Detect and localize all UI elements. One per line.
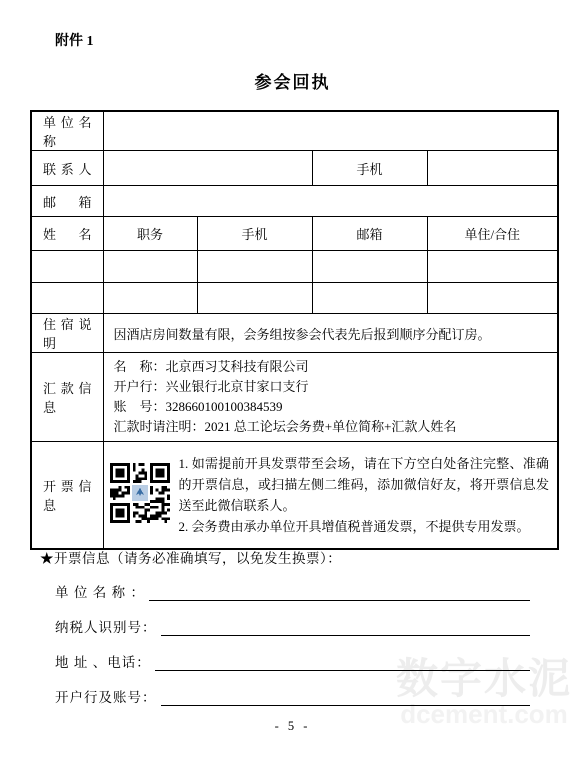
field-taxpayer-id-label: 纳税人识别号： [55,616,157,636]
col-header-room-type: 单住/合住 [427,217,558,251]
field-address-phone-label: 地 址 、电话： [55,651,151,671]
remittance-label: 汇款信息 [31,353,103,442]
invoice-note-2: 2. 会务费由承办单位开具增值税普通发票，不提供专用发票。 [179,516,550,537]
field-company-name-blank-line [149,577,530,601]
blank-cell [197,251,312,283]
wechat-qr-code-icon [110,463,170,527]
blank-cell [103,251,197,283]
attendee-blank-row [31,251,558,283]
field-taxpayer-id-blank-line [161,612,531,636]
field-address-phone: 地 址 、电话： [55,647,530,671]
document-page: 附件 1 参会回执 单位名称 联系人 手机 邮箱 姓名 职务 手机 邮箱 单住/… [0,0,585,765]
qr-center-logo [131,484,148,501]
unit-name-label: 单位名称 [31,111,103,151]
remittance-memo-note: 汇款时请注明：2021 总工论坛会务费+单位简称+汇款人姓名 [114,417,548,437]
field-taxpayer-id: 纳税人识别号： [55,612,530,636]
row-invoice-info: 开票信息 [31,442,558,549]
row-attendee-headers: 姓名 职务 手机 邮箱 单住/合住 [31,217,558,251]
field-bank-account-label: 开户行及账号： [55,686,157,706]
col-header-position: 职务 [103,217,197,251]
page-number: - 5 - [0,719,585,734]
reply-form-table: 单位名称 联系人 手机 邮箱 姓名 职务 手机 邮箱 单住/合住 住宿说明 [30,110,559,550]
invoice-note-1: 1. 如需提前开具发票带至会场，请在下方空白处备注完整、准确的开票信息，或扫描左… [179,453,550,516]
blank-cell [427,283,558,314]
col-header-mobile: 手机 [197,217,312,251]
page-title: 参会回执 [0,68,585,93]
email-label: 邮箱 [31,186,103,217]
remittance-account-number: 账 号：328660100100384539 [114,397,548,417]
col-header-email: 邮箱 [312,217,427,251]
email-blank-cell [103,186,558,217]
blank-cell [312,251,427,283]
attendee-blank-row [31,283,558,314]
attachment-label: 附件 1 [55,30,94,50]
blank-cell [197,283,312,314]
invoice-fill-fields: 单 位 名 称 ： 纳税人识别号： 地 址 、电话： 开户行及账号： [55,577,530,717]
remittance-details: 名 称：北京西习艾科技有限公司 开户行：兴业银行北京甘家口支行 账 号：3286… [103,353,558,442]
blank-cell [312,283,427,314]
row-unit-name: 单位名称 [31,111,558,151]
invoice-fill-heading: ★开票信息（请务必准确填写，以免发生换票）： [40,547,341,567]
field-bank-account-blank-line [161,682,531,706]
row-accommodation: 住宿说明 因酒店房间数量有限，会务组按参会代表先后报到顺序分配订房。 [31,314,558,353]
invoice-notes: 1. 如需提前开具发票带至会场，请在下方空白处备注完整、准确的开票信息，或扫描左… [179,453,550,537]
row-remittance: 汇款信息 名 称：北京西习艾科技有限公司 开户行：兴业银行北京甘家口支行 账 号… [31,353,558,442]
field-bank-account: 开户行及账号： [55,682,530,706]
blank-cell [103,283,197,314]
contact-blank-cell [103,151,312,186]
col-header-name: 姓名 [31,217,103,251]
accommodation-text: 因酒店房间数量有限，会务组按参会代表先后报到顺序分配订房。 [103,314,558,353]
accommodation-label: 住宿说明 [31,314,103,353]
field-company-name: 单 位 名 称 ： [55,577,530,601]
contact-label: 联系人 [31,151,103,186]
row-email: 邮箱 [31,186,558,217]
field-company-name-label: 单 位 名 称 ： [55,581,145,601]
remittance-bank: 开户行：兴业银行北京甘家口支行 [114,377,548,397]
blank-cell [31,251,103,283]
invoice-details-cell: 1. 如需提前开具发票带至会场，请在下方空白处备注完整、准确的开票信息，或扫描左… [103,442,558,549]
remittance-company-name: 名 称：北京西习艾科技有限公司 [114,357,548,377]
contact-mobile-label: 手机 [312,151,427,186]
unit-name-blank-cell [103,111,558,151]
blank-cell [427,251,558,283]
invoice-label: 开票信息 [31,442,103,549]
field-address-phone-blank-line [155,647,530,671]
blank-cell [31,283,103,314]
row-contact: 联系人 手机 [31,151,558,186]
contact-mobile-blank-cell [427,151,558,186]
